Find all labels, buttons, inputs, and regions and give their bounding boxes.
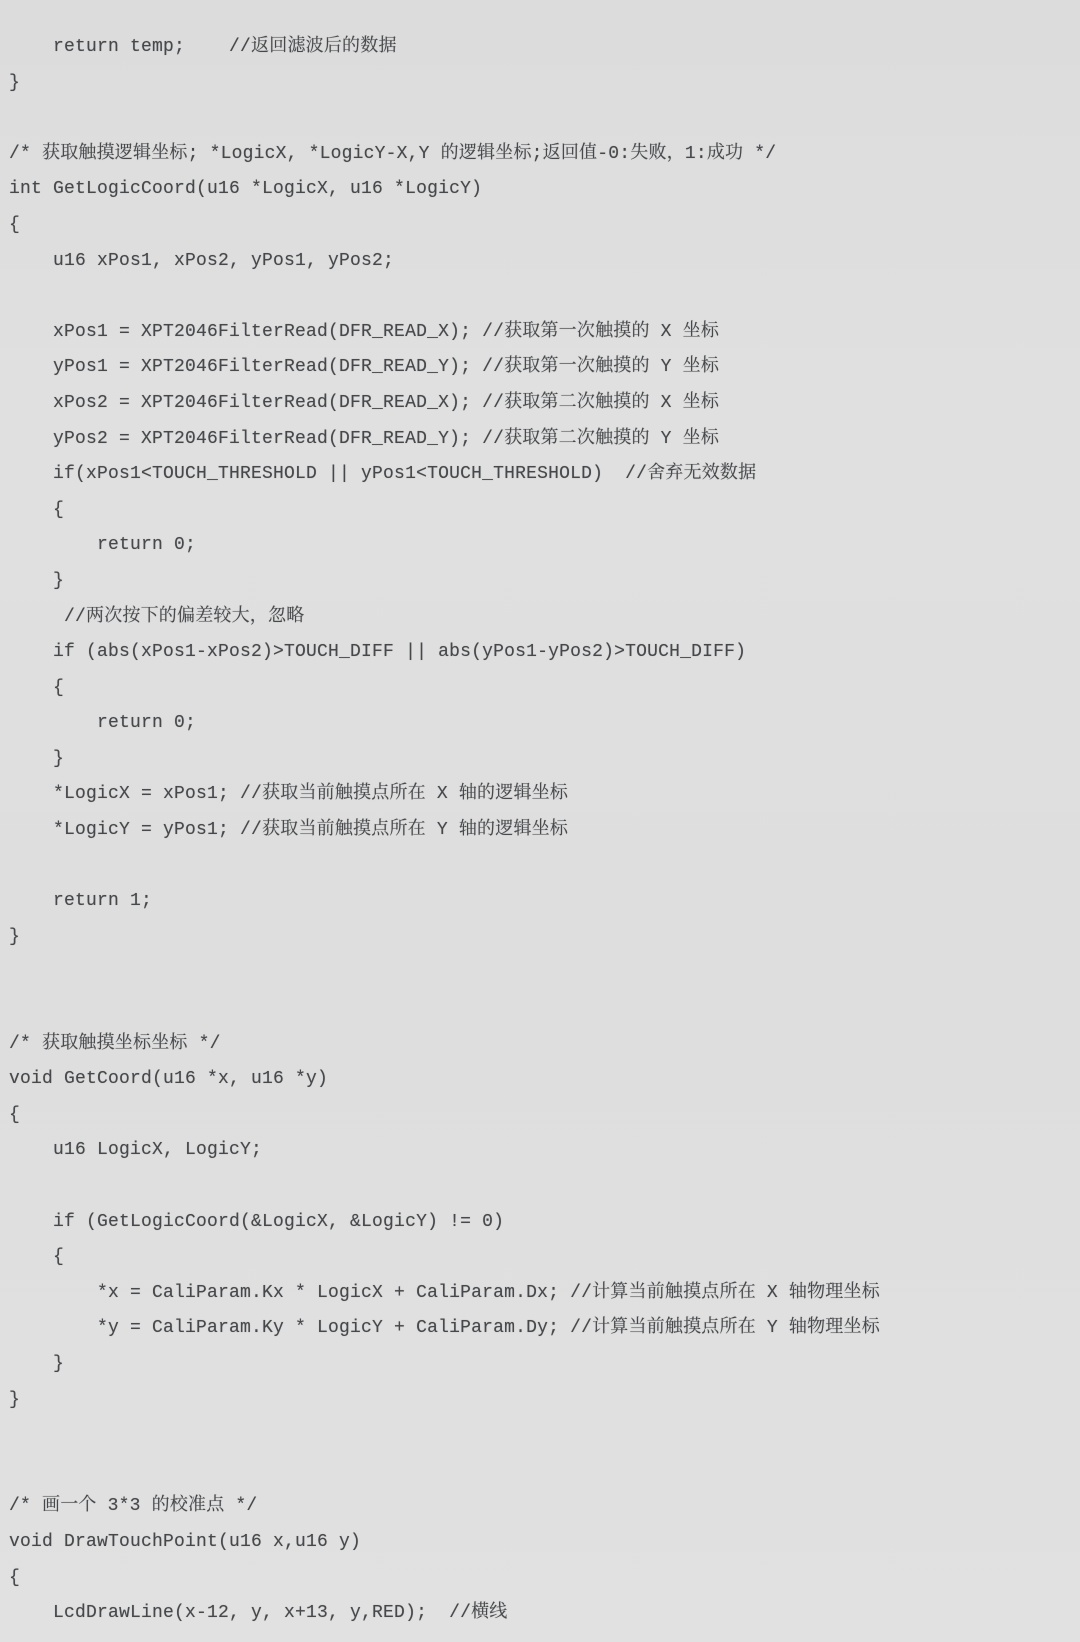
code-line: if (abs(xPos1-xPos2)>TOUCH_DIFF || abs(y… [9,635,1070,671]
code-line: void DrawTouchPoint(u16 x,u16 y) [9,1525,1070,1561]
code-line: } [9,1347,1070,1383]
code-line: yPos2 = XPT2046FilterRead(DFR_READ_Y); /… [9,422,1070,458]
code-line: *LogicX = xPos1; //获取当前触摸点所在 X 轴的逻辑坐标 [9,777,1070,813]
code-listing: return temp; //返回滤波后的数据 } /* 获取触摸逻辑坐标; *… [9,30,1070,1632]
code-line: return 0; [9,528,1070,564]
code-line [9,849,1070,885]
code-line: u16 LogicX, LogicY; [9,1133,1070,1169]
scanned-document-page: return temp; //返回滤波后的数据 } /* 获取触摸逻辑坐标; *… [0,0,1080,1642]
code-line [9,991,1070,1027]
code-line: /* 画一个 3*3 的校准点 */ [9,1489,1070,1525]
code-line: { [9,208,1070,244]
code-line: if (GetLogicCoord(&LogicX, &LogicY) != 0… [9,1205,1070,1241]
code-line: *x = CaliParam.Kx * LogicX + CaliParam.D… [9,1276,1070,1312]
code-line [9,1454,1070,1490]
code-line: } [9,920,1070,956]
code-line: { [9,1240,1070,1276]
code-line: } [9,564,1070,600]
code-line: } [9,1383,1070,1419]
code-line: //两次按下的偏差较大，忽略 [9,600,1070,636]
code-line: if(xPos1<TOUCH_THRESHOLD || yPos1<TOUCH_… [9,457,1070,493]
code-line [9,101,1070,137]
code-line: *LogicY = yPos1; //获取当前触摸点所在 Y 轴的逻辑坐标 [9,813,1070,849]
code-line: } [9,742,1070,778]
code-line [9,955,1070,991]
code-line: xPos2 = XPT2046FilterRead(DFR_READ_X); /… [9,386,1070,422]
code-line: { [9,1561,1070,1597]
code-line [9,279,1070,315]
code-line [9,1169,1070,1205]
code-line [9,1418,1070,1454]
code-line: } [9,66,1070,102]
code-line: return temp; //返回滤波后的数据 [9,30,1070,66]
code-line: /* 获取触摸逻辑坐标; *LogicX, *LogicY-X,Y 的逻辑坐标;… [9,137,1070,173]
code-line: return 1; [9,884,1070,920]
code-line: u16 xPos1, xPos2, yPos1, yPos2; [9,244,1070,280]
code-line: { [9,671,1070,707]
code-line: { [9,1098,1070,1134]
code-line: /* 获取触摸坐标坐标 */ [9,1027,1070,1063]
code-line: yPos1 = XPT2046FilterRead(DFR_READ_Y); /… [9,350,1070,386]
code-line: LcdDrawLine(x-12, y, x+13, y,RED); //横线 [9,1596,1070,1632]
code-line: void GetCoord(u16 *x, u16 *y) [9,1062,1070,1098]
code-line: *y = CaliParam.Ky * LogicY + CaliParam.D… [9,1311,1070,1347]
code-line: int GetLogicCoord(u16 *LogicX, u16 *Logi… [9,172,1070,208]
code-line: xPos1 = XPT2046FilterRead(DFR_READ_X); /… [9,315,1070,351]
code-line: return 0; [9,706,1070,742]
code-line: { [9,493,1070,529]
